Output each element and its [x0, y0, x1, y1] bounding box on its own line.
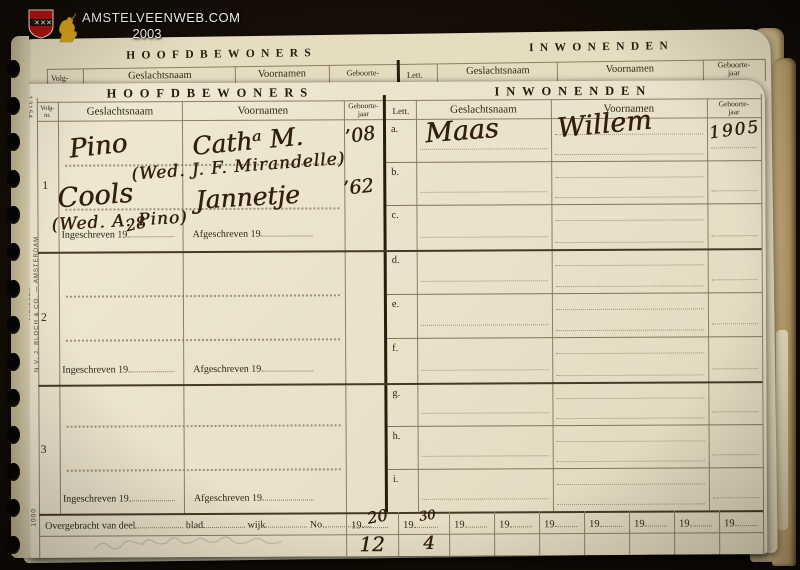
back-col-geboortejaar-2: Geboorte- jaar [703, 61, 765, 78]
ingeschreven-row-2: Ingeschreven 19 [62, 362, 174, 376]
binding-hole [7, 60, 20, 78]
hw-below-4: 4 [423, 533, 435, 554]
lett-i: i. [393, 474, 399, 485]
binding-hole [7, 280, 20, 298]
lett-d: d. [392, 255, 400, 266]
hw-inwonende-jaar: 1905 [708, 117, 761, 143]
binding-hole [7, 536, 20, 554]
col-geslachtsnaam: Geslachtsnaam [58, 105, 182, 118]
hw-below-12: 12 [359, 532, 385, 556]
back-col-lett: Lett. [407, 70, 423, 80]
register-page: 13154 VISIBLEX N.V. J. BLOCH & CO. — AMS… [27, 80, 767, 558]
year-cell-5: 19 [589, 517, 622, 530]
lett-c: c. [391, 210, 398, 221]
year-cell-3: 19 [499, 517, 532, 530]
volg-nr-2: 2 [41, 312, 47, 324]
binding-hole [7, 463, 20, 481]
hw-geslachtsnaam-1: Pino [68, 128, 129, 164]
afgeschreven-row-2: Afgeschreven 19 [193, 361, 313, 375]
binding-hole [7, 499, 20, 517]
center-divider [383, 95, 388, 512]
binding-hole [7, 389, 20, 407]
amstelveen-crest-icon: ✕ ✕ ✕ [26, 8, 78, 46]
afgeschreven-row-1: Afgeschreven 19 [193, 226, 313, 240]
year-cell-4: 19 [544, 517, 577, 530]
back-col-geboorte: Geboorte- [329, 68, 397, 78]
overgebracht-line: Overgebracht van deel blad wijk No. [45, 517, 371, 532]
binding-hole [7, 426, 20, 444]
volg-nr-3: 3 [41, 444, 47, 456]
lett-f: f. [392, 343, 398, 354]
binding-holes [7, 60, 21, 554]
back-col-geslachtsnaam-2: Geslachtsnaam [439, 65, 557, 78]
back-col-volg: Volg- [51, 74, 69, 83]
svg-text:✕: ✕ [40, 19, 46, 27]
ingeschreven-row-3: Ingeschreven 19 [63, 491, 175, 505]
lett-a: a. [391, 124, 398, 135]
volg-nr-1: 1 [42, 180, 48, 192]
lett-g: g. [392, 388, 400, 399]
col-voornamen: Voornamen [182, 104, 344, 117]
svg-text:✕: ✕ [34, 19, 40, 27]
watermark: ✕ ✕ ✕ AMSTELVEENWEB.COM 2003 [26, 6, 256, 50]
col-lett: Lett. [386, 106, 416, 116]
hw-geboortejaar-1: ’08 [344, 122, 377, 148]
hw-year-20: 20 [365, 505, 388, 527]
margin-serial-bottom: 1000 [30, 504, 37, 530]
hw-geboortejaar-2: ’62 [342, 175, 374, 200]
col-geboortejaar-inw: Geboorte- jaar [707, 100, 761, 116]
binding-hole [7, 243, 20, 261]
binding-hole [7, 97, 20, 115]
watermark-site: AMSTELVEENWEB.COM [82, 10, 241, 25]
year-cell-7: 19 [679, 516, 712, 529]
year-cell-6: 19 [634, 517, 667, 530]
lion-icon [59, 13, 76, 42]
back-col-voornamen-2: Voornamen [557, 63, 703, 76]
lett-b: b. [391, 167, 399, 178]
watermark-year: 2003 [82, 26, 212, 41]
year-cell-8: 19 [724, 516, 757, 529]
afgeschreven-row-3: Afgeschreven 19 [194, 490, 314, 504]
hw-voornamen-2: Jannetje [195, 180, 301, 215]
lett-h: h. [393, 431, 401, 442]
binding-hole [7, 316, 20, 334]
hw-geslachtsnaam-2: Cools [56, 178, 134, 215]
back-col-geslachtsnaam: Geslachtsnaam [85, 69, 235, 82]
hw-inwonende-naam: Maas [424, 113, 500, 149]
scanned-register-photo: HOOFDBEWONERS INWONENDEN Volg- Geslachts… [0, 0, 800, 570]
svg-text:✕: ✕ [46, 19, 52, 27]
binding-hole [7, 206, 20, 224]
pencil-scribble [91, 534, 321, 555]
page-stack-highlight [776, 330, 788, 530]
hw-year-30: 30 [418, 508, 437, 525]
back-title-inwonenden: INWONENDEN [438, 39, 764, 56]
lett-e: e. [392, 299, 399, 310]
year-cell-2: 19 [454, 518, 487, 531]
binding-hole [7, 353, 20, 371]
col-geboortejaar: Geboorte- jaar [344, 102, 383, 118]
binding-hole [7, 170, 20, 188]
col-volg-nr: Volg- nr. [37, 105, 58, 119]
binding-hole [7, 133, 20, 151]
back-col-voornamen: Voornamen [235, 68, 329, 80]
